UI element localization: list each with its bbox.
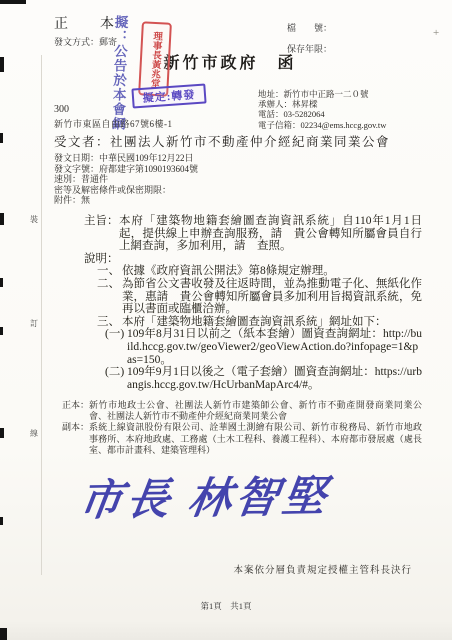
page-number: 第1頁 共1頁 [0, 600, 452, 612]
issue-date: 發文日期：中華民國109年12月22日 [54, 153, 198, 164]
item-number: 三、 [97, 316, 122, 329]
delivery-method: 發文方式：郵寄 [54, 35, 117, 48]
document-meta-block: 發文日期：中華民國109年12月22日 發文字號：府都建字第1090193604… [54, 153, 198, 206]
attachment: 附件：無 [54, 195, 198, 206]
subitem-number: (二) [105, 366, 127, 391]
explanation-item-2: 二、 為節省公文書收發及往返時間，並為推動電子化、無紙化作業，惠請 貴公會轉知所… [97, 278, 422, 316]
item-text: 為節省公文書收發及往返時間，並為推動電子化、無紙化作業，惠請 貴公會轉知所屬會員… [122, 278, 422, 316]
item-text: 依據《政府資訊公開法》第8條規定辦理。 [122, 265, 422, 278]
explanation-item-1: 一、 依據《政府資訊公開法》第8條規定辦理。 [97, 265, 422, 278]
agency-contact-person: 承辦人：林昇樑 [258, 99, 386, 109]
decision-stamp: 擬定:轉發 [131, 83, 206, 108]
mayor-signature: 市長 林智堅 [75, 463, 334, 528]
subitem-number: (一) [105, 328, 127, 366]
issue-number: 發文字號：府都建字第1090193604號 [54, 164, 198, 175]
original-recipients: 正本： 新竹市地政士公會、社團法人新竹市建築師公會、新竹市不動產開發商業同業公會… [62, 400, 422, 422]
url-subitems: (一) 109年8月31日以前之（紙本套繪）圖資查詢網址：http://buil… [97, 328, 422, 391]
subitem-2: (二) 109年9月1日以後之（電子套繪）圖資查詢網址：https://urba… [105, 366, 422, 391]
binding-char-ding: 訂 [30, 318, 38, 329]
scan-artifact [0, 517, 3, 525]
paper-map-url-text: 109年8月31日以前之（紙本套繪）圖資查詢網址：http://build.hc… [127, 328, 422, 366]
speed-class: 速別：普通件 [54, 174, 198, 185]
subject-text: 本府「建築物地籍套繪圖查詢資訊系統」自110年1月1日起，提供線上申辦查詢服務，… [119, 215, 422, 253]
authorization-note: 本案依分層負責規定授權主管科長決行 [0, 562, 412, 576]
subject-paragraph: 主旨： 本府「建築物地籍套繪圖查詢資訊系統」自110年1月1日起，提供線上申辦查… [84, 215, 422, 253]
subject-label: 主旨： [84, 215, 119, 253]
item-number: 二、 [97, 278, 122, 316]
agency-email: 電子信箱：02234@ems.hccg.gov.tw [258, 120, 386, 130]
electronic-map-url-text: 109年9月1日以後之（電子套繪）圖資查詢網址：https://urbangis… [127, 366, 422, 391]
scanned-official-letter: + 裝 訂 線 正 本 發文方式：郵寄 檔 號： 保存年限： 新竹市政府 函 擬… [0, 0, 452, 640]
recipient-line: 受文者：社團法人新竹市不動產仲介經紀商業同業公會 [54, 132, 390, 150]
scan-artifact [0, 133, 3, 143]
copy-label: 副本： [62, 422, 89, 456]
binding-margin-line [41, 55, 42, 575]
recipient-zip: 300 [54, 104, 69, 115]
agency-address: 地址：新竹市中正路一二０號 [258, 89, 386, 99]
subitem-1: (一) 109年8月31日以前之（紙本套繪）圖資查詢網址：http://buil… [105, 328, 422, 366]
letter-body: 主旨： 本府「建築物地籍套繪圖查詢資訊系統」自110年1月1日起，提供線上申辦查… [84, 215, 422, 391]
item-number: 一、 [97, 265, 122, 278]
original-list: 新竹市地政士公會、社團法人新竹市建築師公會、新竹市不動產開發商業同業公會、社團法… [89, 400, 422, 422]
copy-list: 系統上線資訊股份有限公司、詮華國土測繪有限公司、新竹市稅務局、新竹市地政事務所、… [89, 422, 422, 456]
recipient-street-address: 新竹市東區自由路67號6樓-1 [54, 117, 173, 130]
scan-artifact [0, 428, 4, 438]
explanation-items: 一、 依據《政府資訊公開法》第8條規定辦理。 二、 為節省公文書收發及往返時間，… [84, 265, 422, 391]
copy-recipients: 副本： 系統上線資訊股份有限公司、詮華國土測繪有限公司、新竹市稅務局、新竹市地政… [62, 422, 422, 456]
agency-phone: 電話：03-5282064 [258, 109, 386, 119]
original-label: 正本： [62, 400, 89, 422]
scan-artifact [0, 0, 26, 4]
binding-char-zhuang: 裝 [30, 214, 38, 225]
scan-artifact [0, 628, 7, 640]
file-number-label: 檔 號： [287, 21, 332, 34]
registration-mark: + [433, 27, 439, 39]
scan-artifact [0, 213, 4, 225]
scan-artifact [0, 327, 3, 335]
agency-contact-block: 地址：新竹市中正路一二０號 承辦人：林昇樑 電話：03-5282064 電子信箱… [258, 89, 386, 130]
item-text: 本府「建築物地籍套繪圖查詢資訊系統」網址如下： [122, 316, 422, 329]
scan-artifact [0, 278, 3, 287]
explanation-item-3: 三、 本府「建築物地籍套繪圖查詢資訊系統」網址如下： [97, 316, 422, 329]
binding-char-xian: 線 [30, 428, 38, 439]
security-class: 密等及解密條件或保密期限： [54, 185, 198, 196]
distribution-block: 正本： 新竹市地政士公會、社團法人新竹市建築師公會、新竹市不動產開發商業同業公會… [62, 400, 422, 456]
explanation-label: 說明： [84, 253, 422, 266]
scan-artifact [0, 57, 4, 72]
